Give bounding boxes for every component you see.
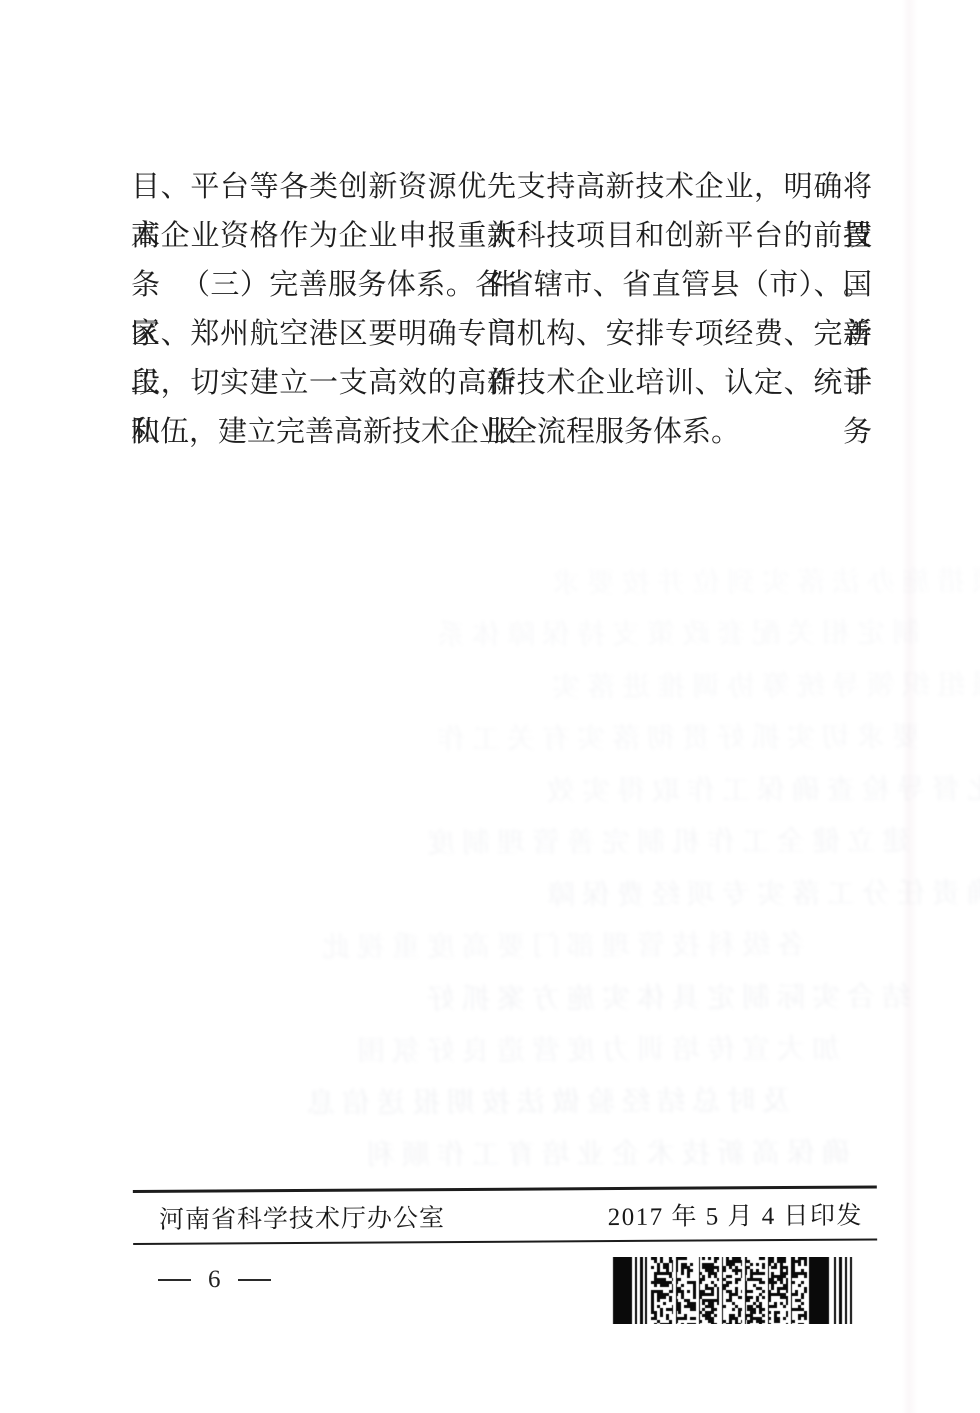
print-date: 2017 年 5 月 4 日印发	[608, 1195, 863, 1233]
body-line: 区、郑州航空港区要明确专门机构、安排专项经费、完善工作手	[131, 310, 872, 359]
bleed-through-line: 各项措施办法落实到位并按要求	[545, 559, 980, 602]
bleed-through-line: 制定相关配套政策支持保障体系	[430, 611, 920, 654]
scanned-document-page: 各项措施办法落实到位并按要求制定相关配套政策支持保障体系加强组织领导统筹协调推进…	[0, 0, 980, 1413]
page-number-right-dash	[238, 1279, 271, 1282]
scan-edge-shadow	[902, 0, 918, 1413]
bleed-through-line: 建立健全工作机制完善管理制度	[420, 819, 910, 862]
bleed-through-line: 各级科技管理部门要高度重视此	[315, 923, 805, 966]
issuing-office: 河南省科学技术厅办公室	[159, 1198, 445, 1236]
body-text: 目、平台等各类创新资源优先支持高新技术企业，明确将高新技术企业资格作为企业申报重…	[131, 163, 872, 457]
bleed-through-line: 及时总结经验做法按期报送信息	[300, 1079, 790, 1122]
body-line: 目、平台等各类创新资源优先支持高新技术企业，明确将高新技	[131, 163, 872, 212]
bleed-through-line: 确保高新技术企业培育工作顺利	[360, 1131, 850, 1174]
bleed-through-line: 强化督导检查确保工作取得实效	[540, 767, 980, 810]
bleed-through-line: 明确责任分工落实专项经费保障	[540, 871, 980, 914]
page-number: 6	[158, 1266, 271, 1294]
page-number-left-dash	[158, 1279, 191, 1282]
body-line: （三）完善服务体系。各省辖市、省直管县（市）、国家高新	[131, 261, 872, 310]
bleed-through-line: 加大宣传培训力度营造良好氛围	[350, 1027, 840, 1070]
body-line: 段，切实建立一支高效的高新技术企业培训、认定、统计和服务	[131, 359, 872, 408]
bleed-through-line: 结合实际制定具体实施方案抓好	[420, 975, 910, 1018]
page-number-value: 6	[208, 1266, 221, 1294]
barcode	[611, 1257, 858, 1324]
bleed-through-line: 要求切实抓好贯彻落实有关工作	[430, 715, 920, 758]
body-line: 术企业资格作为企业申报重大科技项目和创新平台的前置条件。	[131, 212, 872, 261]
colophon-row: 河南省科学技术厅办公室 2017 年 5 月 4 日印发	[133, 1188, 877, 1243]
colophon: 河南省科学技术厅办公室 2017 年 5 月 4 日印发	[133, 1185, 877, 1245]
bleed-through-line: 加强组织领导统筹协调推进落实	[545, 663, 980, 706]
